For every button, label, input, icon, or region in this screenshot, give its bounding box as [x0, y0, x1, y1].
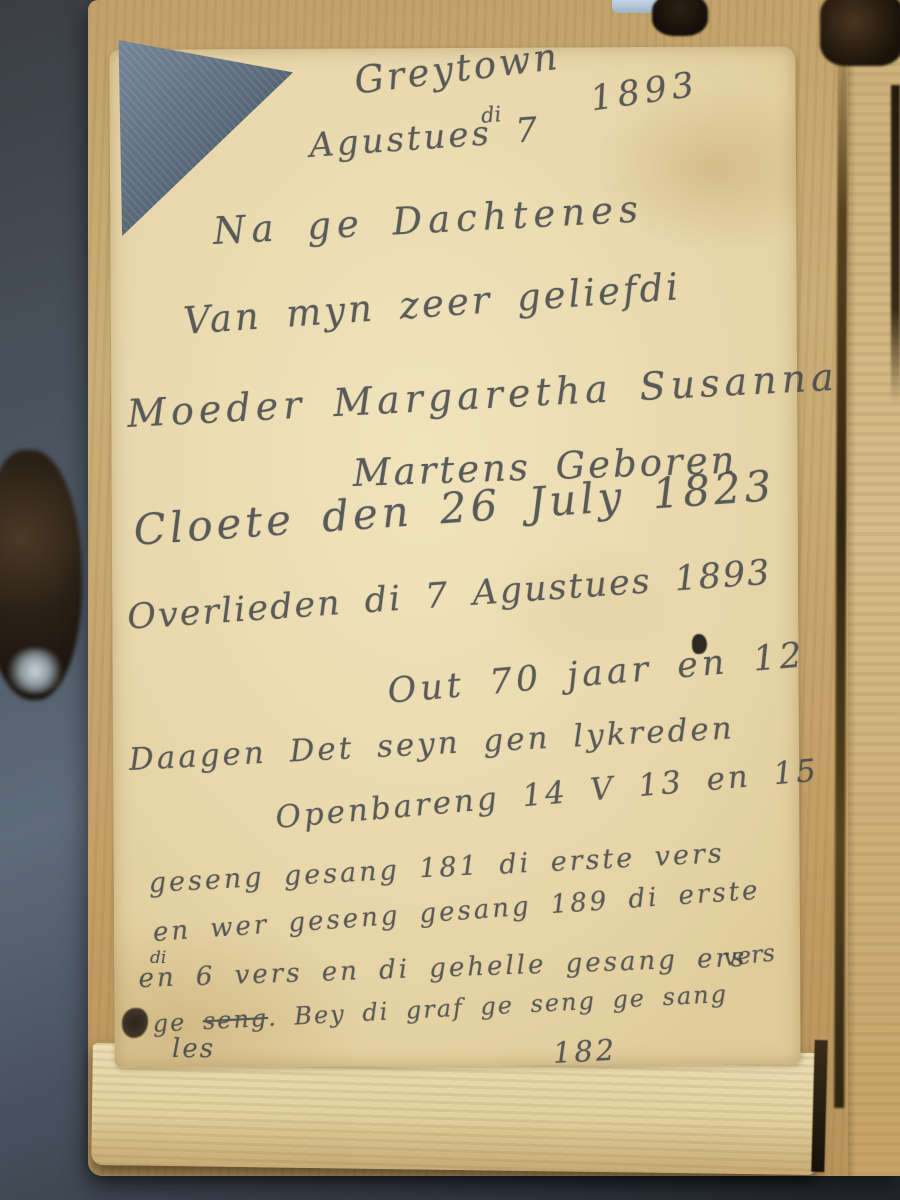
right-page-gap-shadow [891, 85, 900, 405]
table-object-highlight [6, 648, 64, 694]
torn-spine-debris [652, 0, 708, 36]
torn-corner-debris [820, 0, 900, 66]
hymn-line5-number: 182 [552, 1033, 618, 1070]
hymn-line5-word: les [172, 1034, 215, 1064]
struck-word: seng [202, 1004, 269, 1035]
photo-of-book-page: Greytown 1893 di Agustues 7 Na ge Dachte… [0, 0, 900, 1200]
